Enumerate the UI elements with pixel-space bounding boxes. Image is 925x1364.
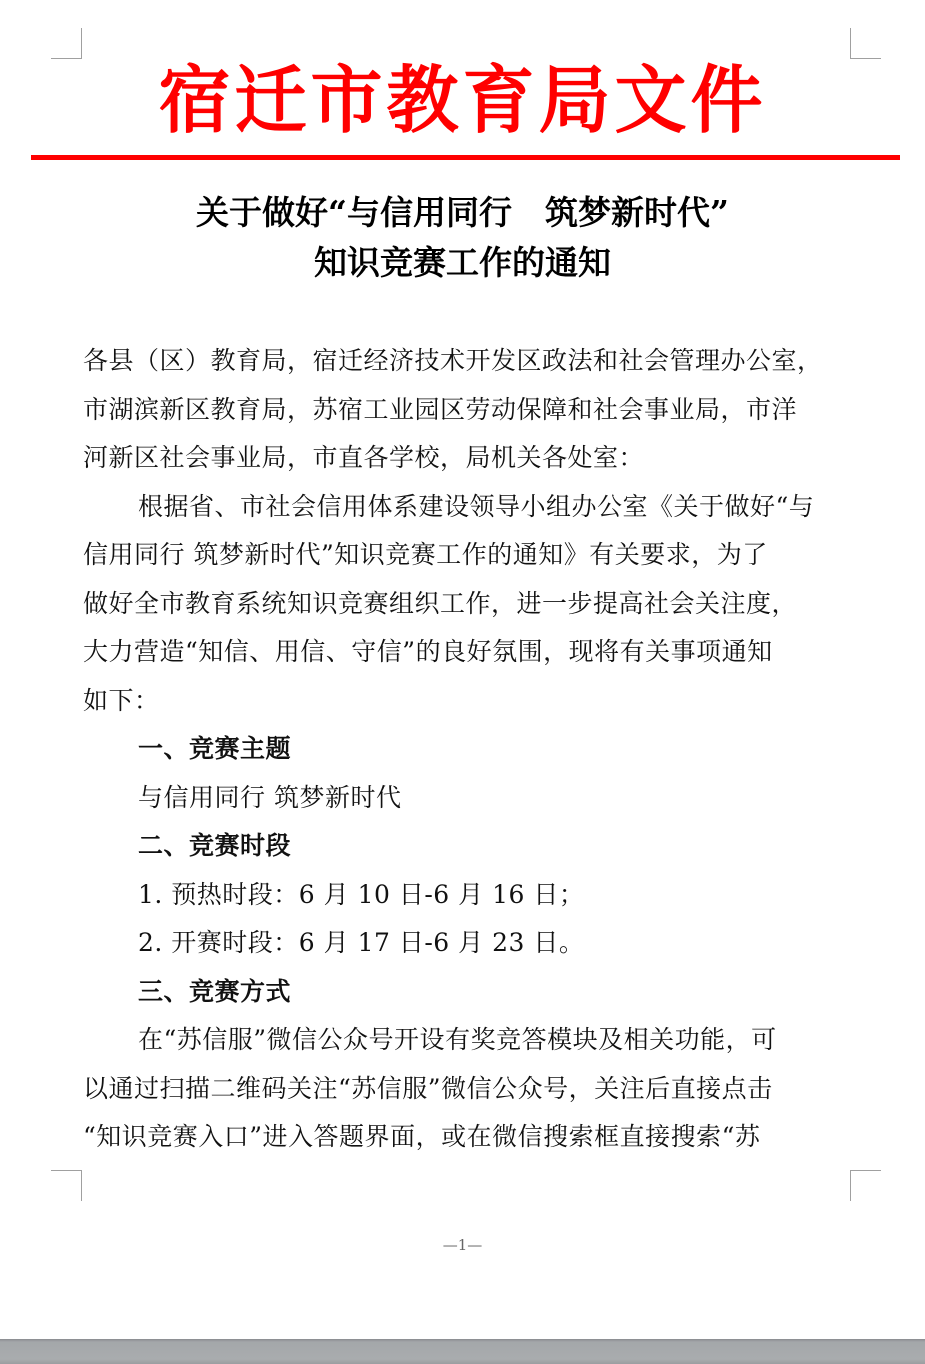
document-page: 宿迁市教育局文件 关于做好“与信用同行 筑梦新时代” 知识竞赛工作的通知 各县（… xyxy=(0,0,925,1339)
body-line: 信用同行 筑梦新时代”知识竞赛工作的通知》有关要求，为了 xyxy=(83,531,853,580)
body-line: 河新区社会事业局，市直各学校，局机关各处室： xyxy=(83,434,853,483)
red-divider-line xyxy=(31,155,900,160)
body-line: 如下： xyxy=(83,677,853,726)
page-number: —1— xyxy=(0,1236,925,1254)
crop-mark-top-left xyxy=(51,28,82,59)
crop-mark-bottom-left xyxy=(51,1170,82,1201)
body-line: 市湖滨新区教育局，苏宿工业园区劳动保障和社会事业局，市洋 xyxy=(83,386,853,435)
list-item: 2. 开赛时段：6 月 17 日-6 月 23 日。 xyxy=(83,919,853,968)
viewer-bottom-bar xyxy=(0,1339,925,1364)
section-heading: 一、竞赛主题 xyxy=(83,725,853,774)
body-line: “知识竞赛入口”进入答题界面，或在微信搜索框直接搜索“苏 xyxy=(83,1113,853,1162)
crop-mark-bottom-right xyxy=(850,1170,881,1201)
body-line: 根据省、市社会信用体系建设领导小组办公室《关于做好“与 xyxy=(83,483,853,532)
body-line: 大力营造“知信、用信、守信”的良好氛围，现将有关事项通知 xyxy=(83,628,853,677)
crop-mark-top-right xyxy=(850,28,881,59)
body-line: 与信用同行 筑梦新时代 xyxy=(83,774,853,823)
body-line: 以通过扫描二维码关注“苏信服”微信公众号，关注后直接点击 xyxy=(83,1065,853,1114)
document-title-line-1: 关于做好“与信用同行 筑梦新时代” xyxy=(0,193,925,233)
body-line: 各县（区）教育局，宿迁经济技术开发区政法和社会管理办公室， xyxy=(83,337,853,386)
document-body: 各县（区）教育局，宿迁经济技术开发区政法和社会管理办公室， 市湖滨新区教育局，苏… xyxy=(83,337,853,1162)
body-line: 做好全市教育系统知识竞赛组织工作，进一步提高社会关注度， xyxy=(83,580,853,629)
section-heading: 二、竞赛时段 xyxy=(83,822,853,871)
list-item: 1. 预热时段：6 月 10 日-6 月 16 日； xyxy=(83,871,853,920)
document-title-line-2: 知识竞赛工作的通知 xyxy=(0,243,925,283)
section-heading: 三、竞赛方式 xyxy=(83,968,853,1017)
red-masthead: 宿迁市教育局文件 xyxy=(0,59,925,141)
body-line: 在“苏信服”微信公众号开设有奖竞答模块及相关功能，可 xyxy=(83,1016,853,1065)
